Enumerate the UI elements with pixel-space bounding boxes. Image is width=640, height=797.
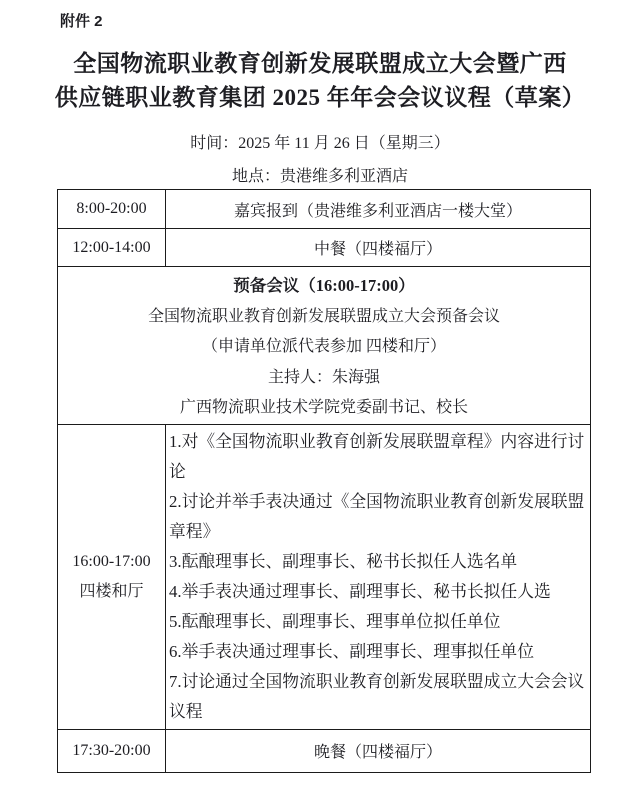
content-cell: 嘉宾报到（贵港维多利亚酒店一楼大堂） [166, 190, 591, 229]
agenda-time-cell: 16:00-17:00 四楼和厅 [58, 424, 166, 729]
section-title: 预备会议（16:00-17:00） [68, 271, 580, 302]
content-cell: 中餐（四楼福厅） [166, 229, 591, 267]
agenda-list: 1.对《全国物流职业教育创新发展联盟章程》内容进行讨论 2.讨论并举手表决通过《… [166, 424, 591, 729]
meeting-time-line: 时间：2025 年 11 月 26 日（星期三） [0, 130, 640, 153]
agenda-item: 1.对《全国物流职业教育创新发展联盟章程》内容进行讨论 [169, 427, 589, 487]
prep-meeting-section: 预备会议（16:00-17:00） 全国物流职业教育创新发展联盟成立大会预备会议… [58, 267, 591, 425]
main-agenda-row: 16:00-17:00 四楼和厅 1.对《全国物流职业教育创新发展联盟章程》内容… [58, 424, 591, 729]
agenda-item: 4.举手表决通过理事长、副理事长、秘书长拟任人选 [169, 577, 589, 607]
section-line: （申请单位派代表参加 四楼和厅） [68, 332, 580, 363]
agenda-venue: 四楼和厅 [58, 577, 165, 607]
registration-row: 8:00-20:00 嘉宾报到（贵港维多利亚酒店一楼大堂） [58, 190, 591, 229]
section-line: 主持人：朱海强 [68, 363, 580, 394]
schedule-table: 8:00-20:00 嘉宾报到（贵港维多利亚酒店一楼大堂） 12:00-14:0… [57, 189, 591, 773]
agenda-time-range: 16:00-17:00 [58, 547, 165, 577]
agenda-item: 3.酝酿理事长、副理事长、秘书长拟任人选名单 [169, 547, 589, 577]
agenda-item: 2.讨论并举手表决通过《全国物流职业教育创新发展联盟章程》 [169, 487, 589, 547]
title-line-1: 全国物流职业教育创新发展联盟成立大会暨广西 [0, 47, 640, 81]
meeting-location-line: 地点：贵港维多利亚酒店 [0, 163, 640, 186]
content-cell: 晚餐（四楼福厅） [166, 729, 591, 772]
time-cell: 8:00-20:00 [58, 190, 166, 229]
agenda-item: 7.讨论通过全国物流职业教育创新发展联盟成立大会会议议程 [169, 667, 589, 727]
agenda-item: 5.酝酿理事长、副理事长、理事单位拟任单位 [169, 607, 589, 637]
section-line: 广西物流职业技术学院党委副书记、校长 [68, 393, 580, 424]
attachment-label: 附件 2 [60, 10, 103, 31]
time-cell: 17:30-20:00 [58, 729, 166, 772]
time-cell: 12:00-14:00 [58, 229, 166, 267]
dinner-row: 17:30-20:00 晚餐（四楼福厅） [58, 729, 591, 772]
document-title: 全国物流职业教育创新发展联盟成立大会暨广西 供应链职业教育集团 2025 年年会… [0, 47, 640, 115]
document-page: 附件 2 全国物流职业教育创新发展联盟成立大会暨广西 供应链职业教育集团 202… [0, 0, 640, 797]
section-line: 全国物流职业教育创新发展联盟成立大会预备会议 [68, 302, 580, 333]
title-line-2: 供应链职业教育集团 2025 年年会会议议程（草案） [0, 81, 640, 115]
prep-meeting-section-row: 预备会议（16:00-17:00） 全国物流职业教育创新发展联盟成立大会预备会议… [58, 267, 591, 425]
agenda-item: 6.举手表决通过理事长、副理事长、理事拟任单位 [169, 637, 589, 667]
lunch-row: 12:00-14:00 中餐（四楼福厅） [58, 229, 591, 267]
